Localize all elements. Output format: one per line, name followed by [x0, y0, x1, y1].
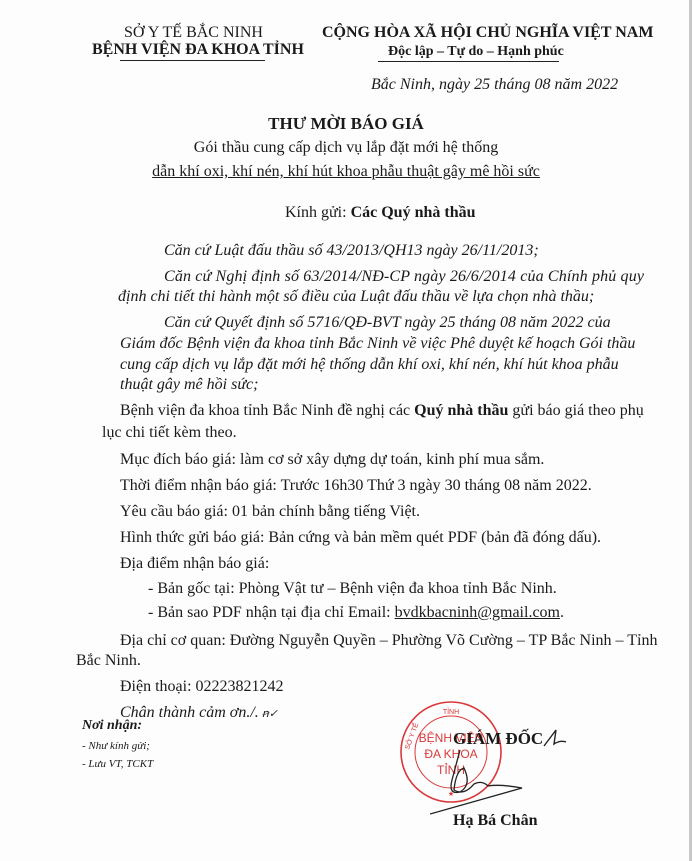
legal-basis-1: Căn cứ Luật đấu thầu số 43/2013/QH13 ngà…: [164, 242, 539, 260]
recipients-label: Nơi nhận:: [82, 718, 142, 734]
svg-text:TỈNH: TỈNH: [443, 707, 459, 716]
document-subtitle-line2: dẫn khí oxi, khí nén, khí hút khoa phẫu …: [0, 163, 692, 181]
submission-form: Hình thức gửi báo giá: Bản cứng và bản m…: [120, 529, 601, 547]
address-line1: Địa chỉ cơ quan: Đường Nguyễn Quyền – Ph…: [120, 632, 657, 650]
legal-basis-2-line2: định chi tiết thi hành một số điều của L…: [118, 288, 594, 306]
department-name: SỞ Y TẾ BẮC NINH: [124, 24, 263, 42]
legal-basis-3-line4: thuật gây mê hồi sức;: [120, 376, 258, 394]
handwritten-signature-icon: [430, 740, 550, 820]
legal-basis-2-line1: Căn cứ Nghị định số 63/2014/NĐ-CP ngày 2…: [164, 268, 644, 286]
recipient-item: - Lưu VT, TCKT: [82, 758, 153, 770]
initials-mark: ꞥ✓: [262, 708, 278, 720]
location-label: Địa điểm nhận báo giá:: [120, 555, 269, 573]
legal-basis-3-line3: cung cấp dịch vụ lắp đặt mới hệ thống dẫ…: [120, 356, 619, 374]
greeting: Kính gửi: Các Quý nhà thầu: [285, 204, 475, 222]
legal-basis-3-line1: Căn cứ Quyết định số 5716/QĐ-BVT ngày 25…: [164, 314, 611, 332]
request-paragraph-line2: lục chi tiết kèm theo.: [102, 424, 237, 442]
greeting-recipient: Các Quý nhà thầu: [351, 204, 476, 221]
email-link[interactable]: bvdkbacninh@gmail.com: [395, 604, 560, 621]
header-left-underline: [120, 60, 265, 61]
thanks: Chân thành cảm ơn./.ꞥ✓: [120, 704, 278, 722]
phone: Điện thoại: 02223821242: [120, 678, 284, 696]
recipient-item: - Như kính gửi;: [82, 740, 150, 752]
signer-name: Hạ Bá Chân: [453, 812, 537, 830]
purpose: Mục đích báo giá: làm cơ sở xây dựng dự …: [120, 451, 544, 469]
address-line2: Bắc Ninh.: [76, 652, 141, 670]
national-title: CỘNG HÒA XÃ HỘI CHỦ NGHĨA VIỆT NAM: [322, 24, 653, 42]
location-original: - Bản gốc tại: Phòng Vật tư – Bệnh viện …: [148, 580, 557, 598]
organization-name: BỆNH VIỆN ĐA KHOA TỈNH: [92, 41, 304, 59]
requirement: Yêu cầu báo giá: 01 bản chính bằng tiếng…: [120, 503, 420, 521]
location-copy: - Bản sao PDF nhận tại địa chỉ Email: bv…: [148, 604, 564, 622]
national-motto: Độc lập – Tự do – Hạnh phúc: [388, 44, 564, 60]
document-subtitle-line1: Gói thầu cung cấp dịch vụ lắp đặt mới hệ…: [0, 139, 692, 157]
greeting-prefix: Kính gửi:: [285, 204, 351, 221]
request-paragraph: Bệnh viện đa khoa tỉnh Bắc Ninh đề nghị …: [120, 402, 644, 420]
deadline: Thời điểm nhận báo giá: Trước 16h30 Thứ …: [120, 477, 592, 495]
document-title: THƯ MỜI BÁO GIÁ: [0, 114, 692, 134]
legal-basis-3-line2: Giám đốc Bệnh viện đa khoa tỉnh Bắc Ninh…: [120, 335, 635, 353]
header-right-underline: [378, 61, 559, 62]
place-date: Bắc Ninh, ngày 25 tháng 08 năm 2022: [371, 76, 618, 94]
